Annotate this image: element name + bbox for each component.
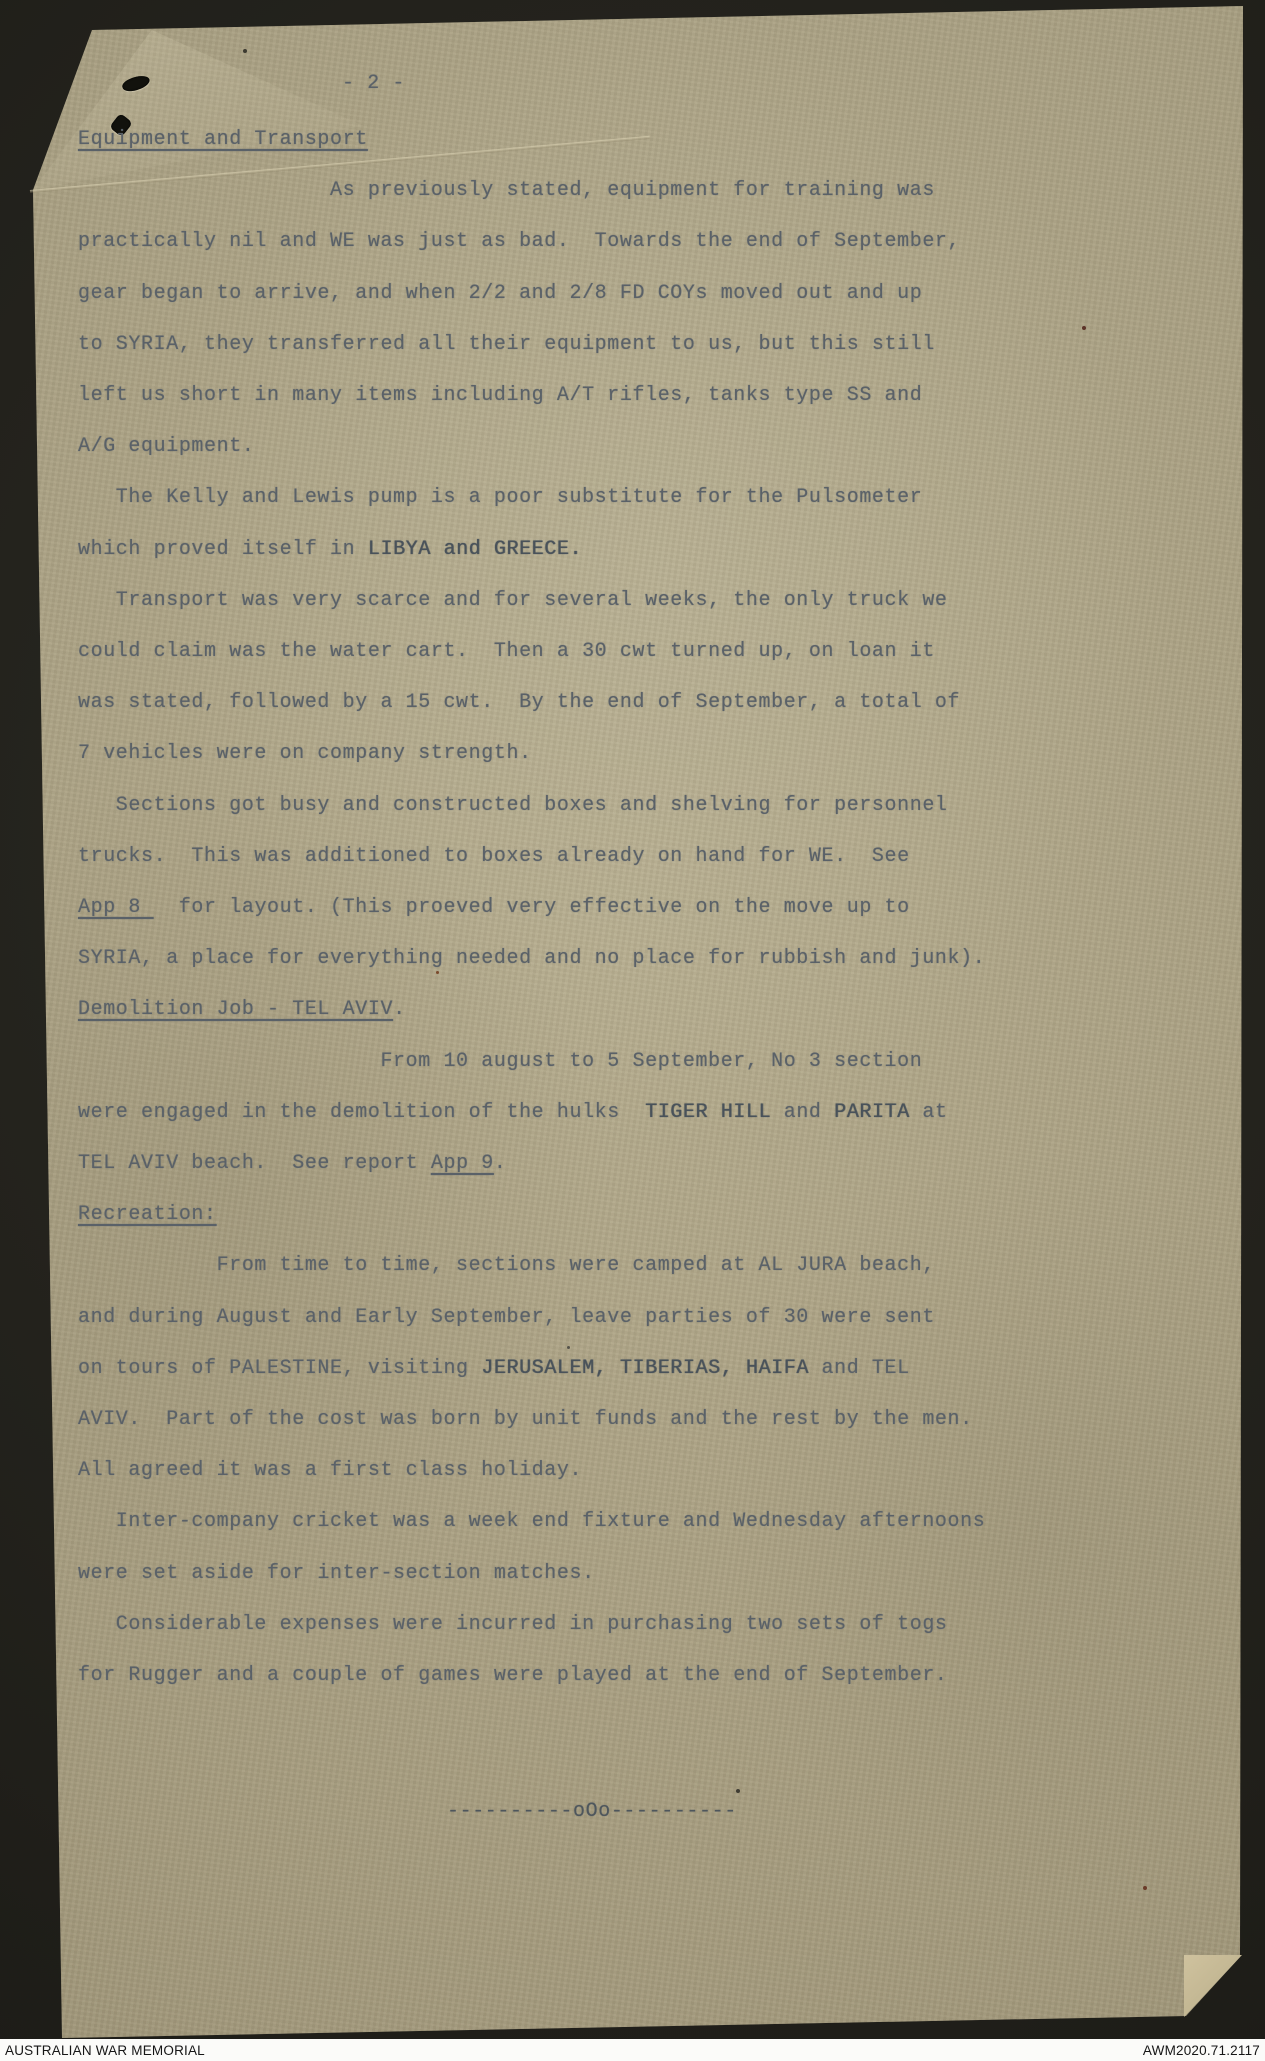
- text-line: AVIV. Part of the cost was born by unit …: [78, 1408, 973, 1431]
- underlined-text: App 9: [431, 1152, 494, 1175]
- text-line: on tours of PALESTINE, visiting JERUSALE…: [78, 1357, 910, 1380]
- typed-text: As previously stated, equipment for trai…: [78, 179, 935, 202]
- text-line: Recreation:: [78, 1203, 217, 1226]
- text-line: practically nil and WE was just as bad. …: [78, 230, 960, 253]
- text-line: As previously stated, equipment for trai…: [78, 179, 935, 202]
- text-line: left us short in many items including A/…: [78, 384, 922, 407]
- text-line: Sections got busy and constructed boxes …: [78, 794, 948, 817]
- text-line: and during August and Early September, l…: [78, 1306, 935, 1329]
- text-line: Equipment and Transport: [78, 128, 368, 151]
- text-line: was stated, followed by a 15 cwt. By the…: [78, 691, 960, 714]
- text-line: 7 vehicles were on company strength.: [78, 742, 532, 765]
- typed-text: on tours of PALESTINE, visiting: [78, 1357, 481, 1380]
- typed-text: From time to time, sections were camped …: [78, 1254, 935, 1277]
- divider-ooo: ----------oOo----------: [447, 1800, 737, 1823]
- typed-text: left us short in many items including A/…: [78, 384, 922, 407]
- typed-text: The Kelly and Lewis pump is a poor subst…: [78, 486, 922, 509]
- underlined-text: Equipment and Transport: [78, 128, 368, 151]
- text-line: could claim was the water cart. Then a 3…: [78, 640, 935, 663]
- typed-text: Sections got busy and constructed boxes …: [78, 794, 948, 817]
- typed-text: could claim was the water cart. Then a 3…: [78, 640, 935, 663]
- text-line: Transport was very scarce and for severa…: [78, 589, 948, 612]
- footer-bar: AUSTRALIAN WAR MEMORIAL AWM2020.71.2117: [0, 2039, 1265, 2061]
- typed-text: TIGER HILL: [645, 1101, 771, 1124]
- underlined-text: Demolition Job - TEL AVIV: [78, 998, 393, 1021]
- underlined-text: Recreation:: [78, 1203, 217, 1226]
- typed-text: AVIV. Part of the cost was born by unit …: [78, 1408, 973, 1431]
- typed-text: and TEL: [809, 1357, 910, 1380]
- scan-stage: - 2 - Equipment and Transport As previou…: [0, 0, 1265, 2061]
- typed-text: and: [771, 1101, 834, 1124]
- typed-text: LIBYA and GREECE.: [368, 538, 582, 561]
- text-line: to SYRIA, they transferred all their equ…: [78, 333, 935, 356]
- typed-text: Transport was very scarce and for severa…: [78, 589, 948, 612]
- text-line: which proved itself in LIBYA and GREECE.: [78, 538, 582, 561]
- typed-text: .: [494, 1152, 507, 1175]
- text-line: From time to time, sections were camped …: [78, 1254, 935, 1277]
- typed-text: for layout. (This proeved very effective…: [154, 896, 910, 919]
- text-line: App 8 for layout. (This proeved very eff…: [78, 896, 910, 919]
- typed-text: for Rugger and a couple of games were pl…: [78, 1664, 948, 1687]
- text-line: Inter-company cricket was a week end fix…: [78, 1510, 985, 1533]
- typed-text: trucks. This was additioned to boxes alr…: [78, 845, 910, 868]
- typed-text: From 10 august to 5 September, No 3 sect…: [78, 1050, 922, 1073]
- typed-text: SYRIA, a place for everything needed and…: [78, 947, 985, 970]
- typed-text: which proved itself in: [78, 538, 368, 561]
- typed-text: were set aside for inter-section matches…: [78, 1562, 595, 1585]
- typed-text: .: [393, 998, 406, 1021]
- text-line: From 10 august to 5 September, No 3 sect…: [78, 1050, 922, 1073]
- typed-text: and during August and Early September, l…: [78, 1306, 935, 1329]
- text-line: Demolition Job - TEL AVIV.: [78, 998, 406, 1021]
- text-line: trucks. This was additioned to boxes alr…: [78, 845, 910, 868]
- text-line: for Rugger and a couple of games were pl…: [78, 1664, 948, 1687]
- typed-text: was stated, followed by a 15 cwt. By the…: [78, 691, 960, 714]
- footer-left-label: AUSTRALIAN WAR MEMORIAL: [5, 2043, 205, 2058]
- text-line: Considerable expenses were incurred in p…: [78, 1613, 948, 1636]
- typed-lines: Equipment and Transport As previously st…: [0, 0, 1265, 2061]
- text-line: A/G equipment.: [78, 435, 254, 458]
- typed-text: All agreed it was a first class holiday.: [78, 1459, 582, 1482]
- text-line: were set aside for inter-section matches…: [78, 1562, 595, 1585]
- typed-text: PARITA: [834, 1101, 910, 1124]
- text-line: gear began to arrive, and when 2/2 and 2…: [78, 282, 922, 305]
- typed-text: Considerable expenses were incurred in p…: [78, 1613, 948, 1636]
- typed-text: A/G equipment.: [78, 435, 254, 458]
- typed-text: at: [910, 1101, 948, 1124]
- text-line: All agreed it was a first class holiday.: [78, 1459, 582, 1482]
- text-line: TEL AVIV beach. See report App 9.: [78, 1152, 506, 1175]
- typed-text: TEL AVIV beach. See report: [78, 1152, 431, 1175]
- text-line: The Kelly and Lewis pump is a poor subst…: [78, 486, 922, 509]
- underlined-text: App 8: [78, 896, 154, 919]
- typed-text: JERUSALEM, TIBERIAS, HAIFA: [481, 1357, 809, 1380]
- text-line: were engaged in the demolition of the hu…: [78, 1101, 948, 1124]
- typed-text: were engaged in the demolition of the hu…: [78, 1101, 645, 1124]
- typed-text: gear began to arrive, and when 2/2 and 2…: [78, 282, 922, 305]
- typed-text: Inter-company cricket was a week end fix…: [78, 1510, 985, 1533]
- typed-text: practically nil and WE was just as bad. …: [78, 230, 960, 253]
- footer-right-label: AWM2020.71.2117: [1143, 2043, 1260, 2058]
- text-line: SYRIA, a place for everything needed and…: [78, 947, 985, 970]
- typed-text: to SYRIA, they transferred all their equ…: [78, 333, 935, 356]
- typed-text: 7 vehicles were on company strength.: [78, 742, 532, 765]
